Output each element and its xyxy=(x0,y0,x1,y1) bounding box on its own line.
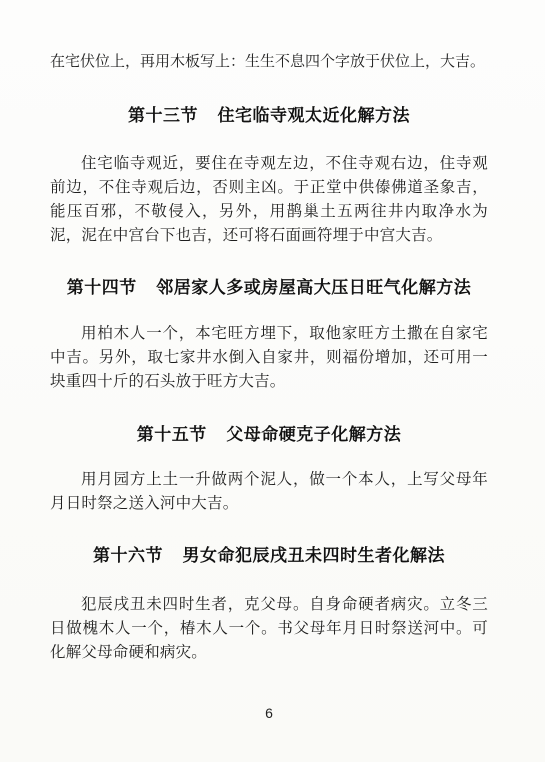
section-heading-16: 第十六节男女命犯辰戌丑未四时生者化解法 xyxy=(50,543,488,569)
section-15-body: 用月园方上土一升做两个泥人，做一个本人，上写父母年月日时祭之送入河中大吉。 xyxy=(50,468,488,516)
section-16-body: 犯辰戌丑未四时生者，克父母。自身命硬者病灾。立冬三日做槐木人一个，椿木人一个。书… xyxy=(50,593,488,665)
section-13-body: 住宅临寺观近，要住在寺观左边，不住寺观右边，住寺观前边，不住寺观后边，否则主凶。… xyxy=(50,152,488,248)
section-15-title: 父母命硬克子化解方法 xyxy=(226,425,401,444)
page-number: 6 xyxy=(50,705,488,721)
section-15-number: 第十五节 xyxy=(137,425,207,444)
section-14-body: 用柏木人一个，本宅旺方埋下，取他家旺方土撒在自家宅中吉。另外，取七家井水倒入自家… xyxy=(50,322,488,394)
section-14-title: 邻居家人多或房屋高大压日旺气化解方法 xyxy=(156,278,471,297)
section-13-number: 第十三节 xyxy=(128,106,198,125)
section-13-title: 住宅临寺观太近化解方法 xyxy=(218,106,411,125)
section-14-number: 第十四节 xyxy=(67,278,137,297)
section-16-title: 男女命犯辰戌丑未四时生者化解法 xyxy=(183,546,446,565)
section-heading-13: 第十三节住宅临寺观太近化解方法 xyxy=(50,103,488,129)
section-16-number: 第十六节 xyxy=(93,546,163,565)
continuation-paragraph: 在宅伏位上，再用木板写上：生生不息四个字放于伏位上，大吉。 xyxy=(50,50,488,74)
section-heading-15: 第十五节父母命硬克子化解方法 xyxy=(50,422,488,448)
section-heading-14: 第十四节邻居家人多或房屋高大压日旺气化解方法 xyxy=(50,275,488,301)
book-page: 在宅伏位上，再用木板写上：生生不息四个字放于伏位上，大吉。 第十三节住宅临寺观太… xyxy=(0,0,545,762)
